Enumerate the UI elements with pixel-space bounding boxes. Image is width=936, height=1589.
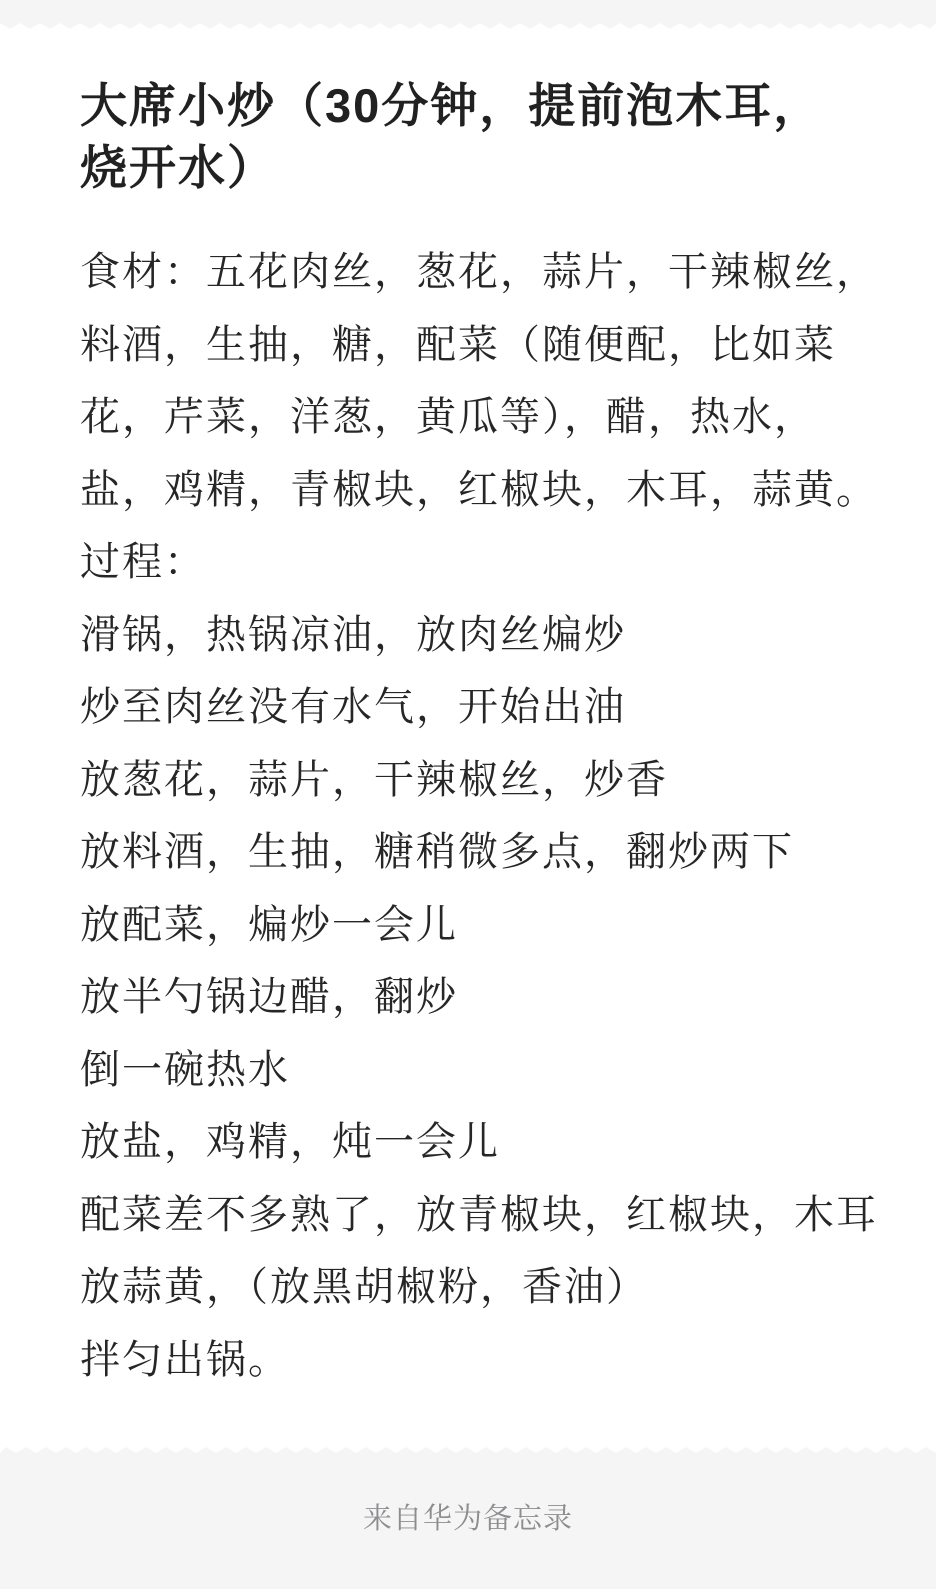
note-body-line: 放盐，鸡精，炖一会儿: [80, 1106, 858, 1179]
note-body-line: 放蒜黄，（放黑胡椒粉，香油）: [80, 1251, 858, 1324]
note-body-line: 炒至肉丝没有水气，开始出油: [80, 671, 858, 744]
note-title-line: 烧开水）: [80, 137, 858, 199]
note-body-line: 放料酒，生抽，糖稍微多点，翻炒两下: [80, 816, 858, 889]
note-body-line: 盐，鸡精，青椒块，红椒块，木耳，蒜黄。: [80, 454, 858, 527]
note-body-line: 放配菜，煸炒一会儿: [80, 889, 858, 962]
note-body: 食材：五花肉丝，葱花，蒜片，干辣椒丝， 料酒，生抽，糖，配菜（随便配，比如菜 花…: [80, 236, 858, 1396]
note-title: 大席小炒（30分钟，提前泡木耳， 烧开水）: [80, 75, 858, 199]
note-body-line: 花，芹菜，洋葱，黄瓜等），醋，热水，: [80, 381, 858, 454]
note-body-line: 倒一碗热水: [80, 1034, 858, 1107]
note-body-line: 食材：五花肉丝，葱花，蒜片，干辣椒丝，: [80, 236, 858, 309]
note-body-line: 配菜差不多熟了，放青椒块，红椒块，木耳: [80, 1179, 858, 1252]
note-body-line: 滑锅，热锅凉油，放肉丝煸炒: [80, 599, 858, 672]
note-body-line: 拌匀出锅。: [80, 1324, 858, 1397]
note-paper: 大席小炒（30分钟，提前泡木耳， 烧开水） 食材：五花肉丝，葱花，蒜片，干辣椒丝…: [0, 23, 936, 1453]
note-body-line: 过程：: [80, 526, 858, 599]
note-body-line: 料酒，生抽，糖，配菜（随便配，比如菜: [80, 309, 858, 382]
note-body-line: 放半勺锅边醋，翻炒: [80, 961, 858, 1034]
share-card: 大席小炒（30分钟，提前泡木耳， 烧开水） 食材：五花肉丝，葱花，蒜片，干辣椒丝…: [0, 0, 936, 1589]
note-title-line: 大席小炒（30分钟，提前泡木耳，: [80, 75, 858, 137]
note-body-line: 放葱花，蒜片，干辣椒丝，炒香: [80, 744, 858, 817]
note-source-label: 来自华为备忘录: [0, 1496, 936, 1537]
